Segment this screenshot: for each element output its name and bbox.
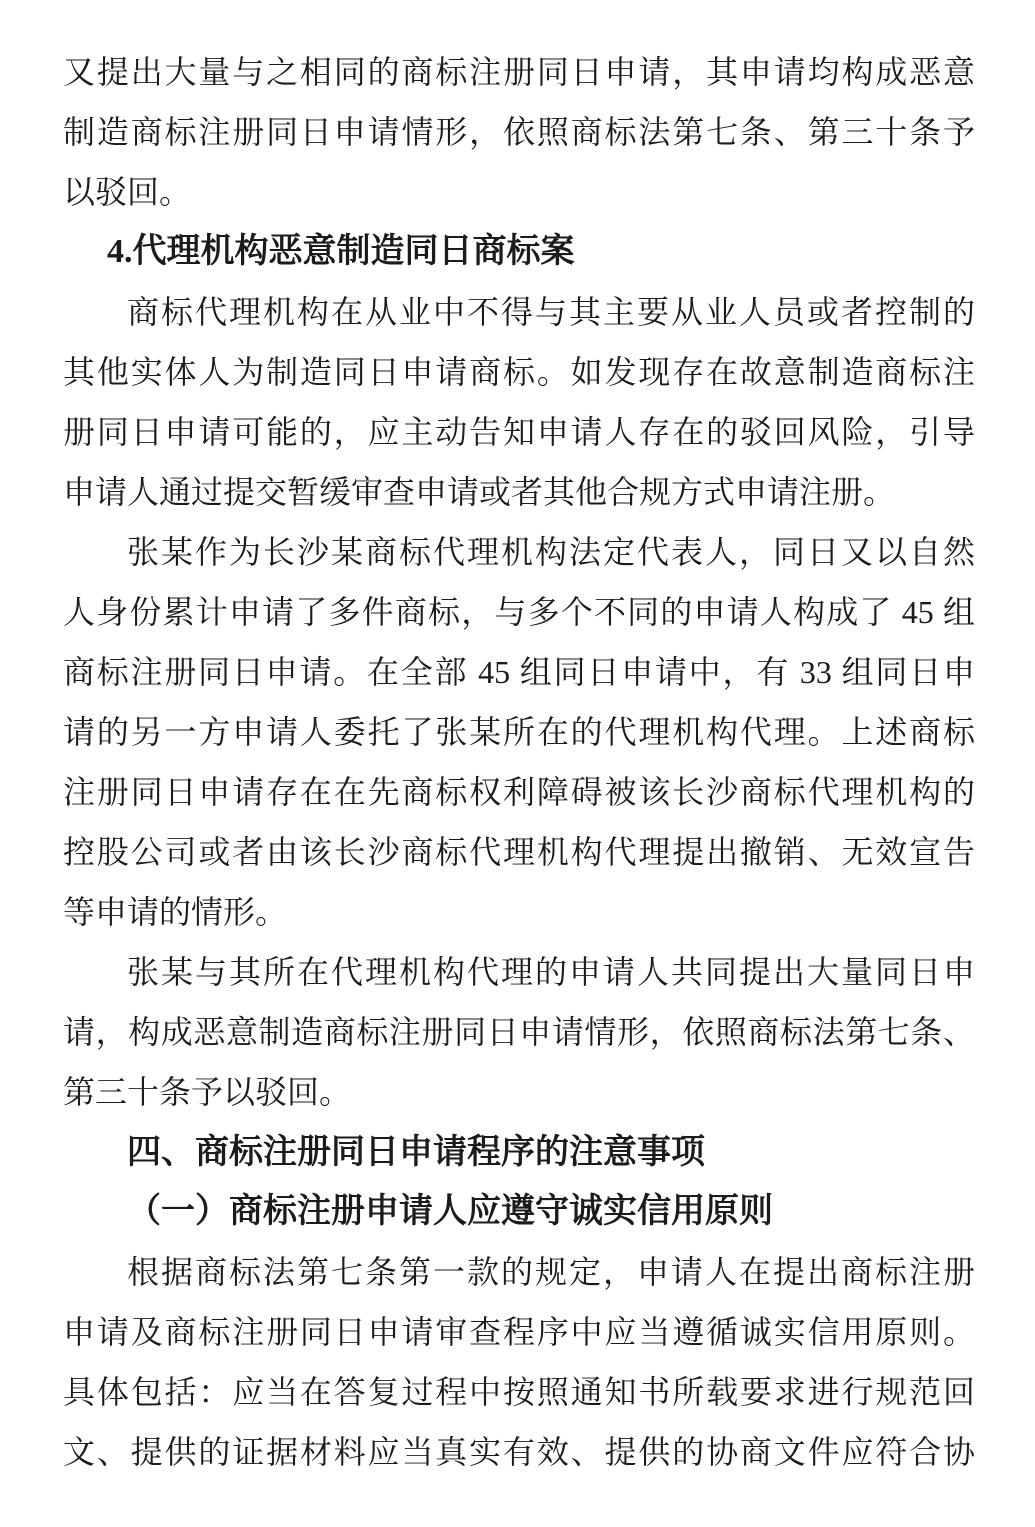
text-line: 控股公司或者由该长沙商标代理机构代理提出撤销、无效宣告	[63, 822, 975, 882]
text-line: 人身份累计申请了多件商标，与多个不同的申请人构成了 45 组	[63, 582, 975, 642]
text-line: 制造商标注册同日申请情形，依照商标法第七条、第三十条予	[63, 102, 975, 162]
text-line: 根据商标法第七条第一款的规定，申请人在提出商标注册	[63, 1242, 975, 1302]
text-line: 商标注册同日申请。在全部 45 组同日申请中，有 33 组同日申	[63, 642, 975, 702]
heading-line: 四、商标注册同日申请程序的注意事项	[63, 1122, 975, 1182]
text-line: 其他实体人为制造同日申请商标。如发现存在故意制造商标注	[63, 342, 975, 402]
text-line: 又提出大量与之相同的商标注册同日申请，其申请均构成恶意	[63, 42, 975, 102]
text-line: 张某与其所在代理机构代理的申请人共同提出大量同日申	[63, 942, 975, 1002]
text-line: 等申请的情形。	[63, 882, 975, 942]
text-line: 请，构成恶意制造商标注册同日申请情形，依照商标法第七条、	[63, 1002, 975, 1062]
text-line: 册同日申请可能的，应主动告知申请人存在的驳回风险，引导	[63, 402, 975, 462]
heading-line: （一）商标注册申请人应遵守诚实信用原则	[63, 1182, 975, 1242]
text-line: 张某作为长沙某商标代理机构法定代表人，同日又以自然	[63, 522, 975, 582]
text-line: 具体包括：应当在答复过程中按照通知书所载要求进行规范回	[63, 1362, 975, 1422]
text-line: 申请人通过提交暂缓审查申请或者其他合规方式申请注册。	[63, 462, 975, 522]
heading-line: 4.代理机构恶意制造同日商标案	[63, 222, 975, 282]
text-line: 以驳回。	[63, 162, 975, 222]
document-body: 又提出大量与之相同的商标注册同日申请，其申请均构成恶意制造商标注册同日申请情形，…	[63, 42, 975, 1482]
text-line: 商标代理机构在从业中不得与其主要从业人员或者控制的	[63, 282, 975, 342]
text-line: 注册同日申请存在在先商标权利障碍被该长沙商标代理机构的	[63, 762, 975, 822]
document-page: 又提出大量与之相同的商标注册同日申请，其申请均构成恶意制造商标注册同日申请情形，…	[0, 0, 1035, 1527]
text-line: 申请及商标注册同日申请审查程序中应当遵循诚实信用原则。	[63, 1302, 975, 1362]
text-line: 请的另一方申请人委托了张某所在的代理机构代理。上述商标	[63, 702, 975, 762]
text-line: 文、提供的证据材料应当真实有效、提供的协商文件应符合协	[63, 1422, 975, 1482]
text-line: 第三十条予以驳回。	[63, 1062, 975, 1122]
